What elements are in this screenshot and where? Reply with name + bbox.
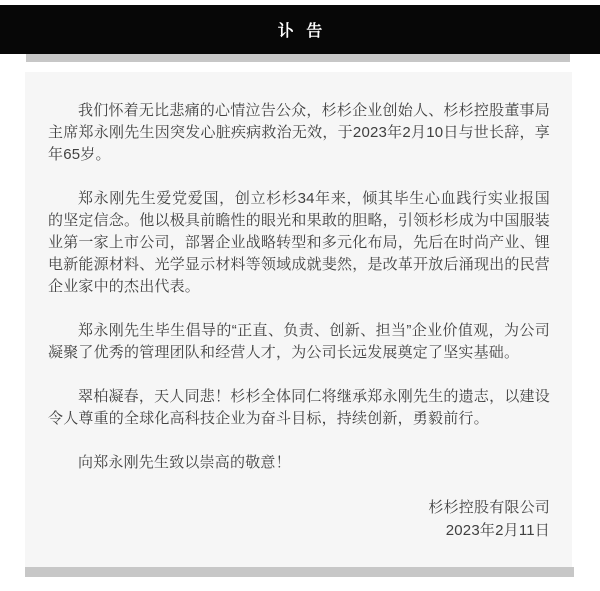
obituary-paragraph-biography: 郑永刚先生爱党爱国，创立杉杉34年来，倾其毕生心血践行实业报国的坚定信念。他以极… (48, 188, 550, 298)
signature-date: 2023年2月11日 (48, 519, 550, 542)
obituary-paragraph-legacy: 翠柏凝春，天人同悲！杉杉全体同仁将继承郑永刚先生的遗志，以建设令人尊重的全球化高… (48, 386, 550, 430)
obituary-paragraph-values: 郑永刚先生毕生倡导的“正直、负责、创新、担当”企业价值观，为公司凝聚了优秀的管理… (48, 320, 550, 364)
signature-company: 杉杉控股有限公司 (48, 496, 550, 519)
obituary-card: 我们怀着无比悲痛的心情泣告公众，杉杉企业创始人、杉杉控股董事局主席郑永刚先生因突… (25, 72, 572, 567)
obituary-paragraph-tribute: 向郑永刚先生致以崇高的敬意！ (48, 452, 550, 474)
obituary-banner-title: 讣 告 (274, 18, 326, 41)
signature-block: 杉杉控股有限公司 2023年2月11日 (48, 496, 550, 542)
obituary-banner: 讣 告 (0, 5, 600, 54)
card-bottom-shadow-strip (25, 567, 574, 577)
banner-shadow-strip (26, 54, 570, 62)
obituary-paragraph-announcement: 我们怀着无比悲痛的心情泣告公众，杉杉企业创始人、杉杉控股董事局主席郑永刚先生因突… (48, 100, 550, 166)
